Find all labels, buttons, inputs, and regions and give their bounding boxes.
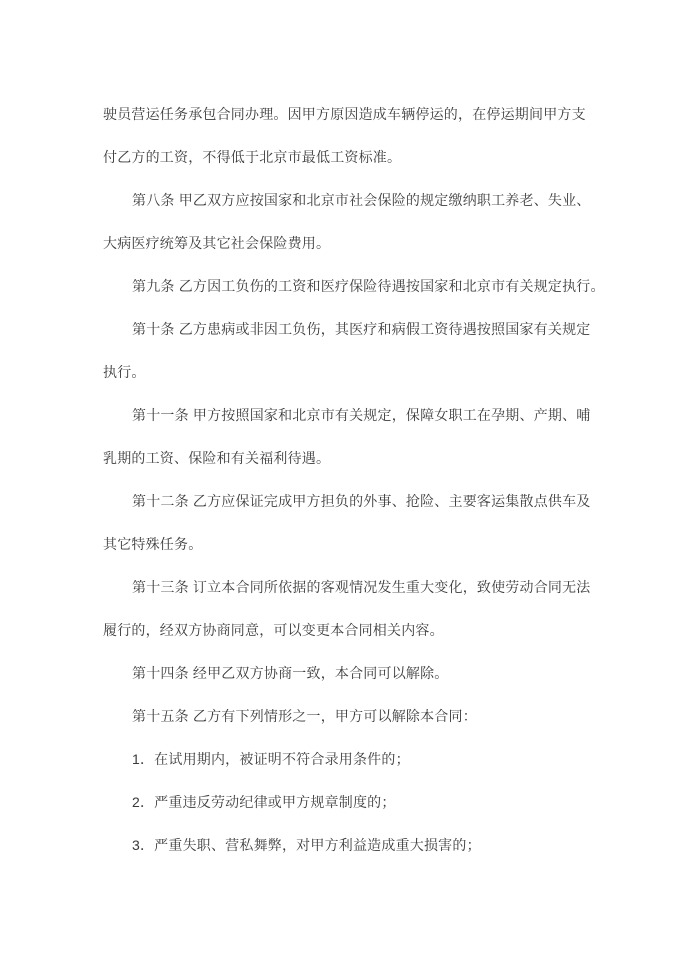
document-line-article-11: 第十一条 甲方按照国家和北京市有关规定，保障女职工在孕期、产期、哺 <box>103 394 690 437</box>
document-line-article-10: 第十条 乙方患病或非因工负伤，其医疗和病假工资待遇按照国家有关规定 <box>103 308 690 351</box>
document-line: 乳期的工资、保险和有关福利待遇。 <box>103 437 690 480</box>
document-line-item-2: 2．严重违反劳动纪律或甲方规章制度的； <box>103 781 690 824</box>
document-line-article-12: 第十二条 乙方应保证完成甲方担负的外事、抢险、主要客运集散点供车及 <box>103 480 690 523</box>
document-line-article-13: 第十三条 订立本合同所依据的客观情况发生重大变化，致使劳动合同无法 <box>103 566 690 609</box>
document-line: 大病医疗统筹及其它社会保险费用。 <box>103 222 690 265</box>
document-line: 驶员营运任务承包合同办理。因甲方原因造成车辆停运的，在停运期间甲方支 <box>103 93 690 136</box>
document-line: 其它特殊任务。 <box>103 523 690 566</box>
document-line-item-3: 3．严重失职、营私舞弊，对甲方利益造成重大损害的； <box>103 824 690 867</box>
document-line-article-14: 第十四条 经甲乙双方协商一致，本合同可以解除。 <box>103 652 690 695</box>
document-line-article-9: 第九条 乙方因工负伤的工资和医疗保险待遇按国家和北京市有关规定执行。 <box>103 265 690 308</box>
document-line-item-1: 1．在试用期内，被证明不符合录用条件的； <box>103 738 690 781</box>
document-line: 付乙方的工资，不得低于北京市最低工资标准。 <box>103 136 690 179</box>
contract-document-page: 驶员营运任务承包合同办理。因甲方原因造成车辆停运的，在停运期间甲方支 付乙方的工… <box>0 0 690 976</box>
document-line: 履行的，经双方协商同意，可以变更本合同相关内容。 <box>103 609 690 652</box>
document-line: 执行。 <box>103 351 690 394</box>
document-line-article-8: 第八条 甲乙双方应按国家和北京市社会保险的规定缴纳职工养老、失业、 <box>103 179 690 222</box>
document-line-article-15: 第十五条 乙方有下列情形之一，甲方可以解除本合同： <box>103 695 690 738</box>
